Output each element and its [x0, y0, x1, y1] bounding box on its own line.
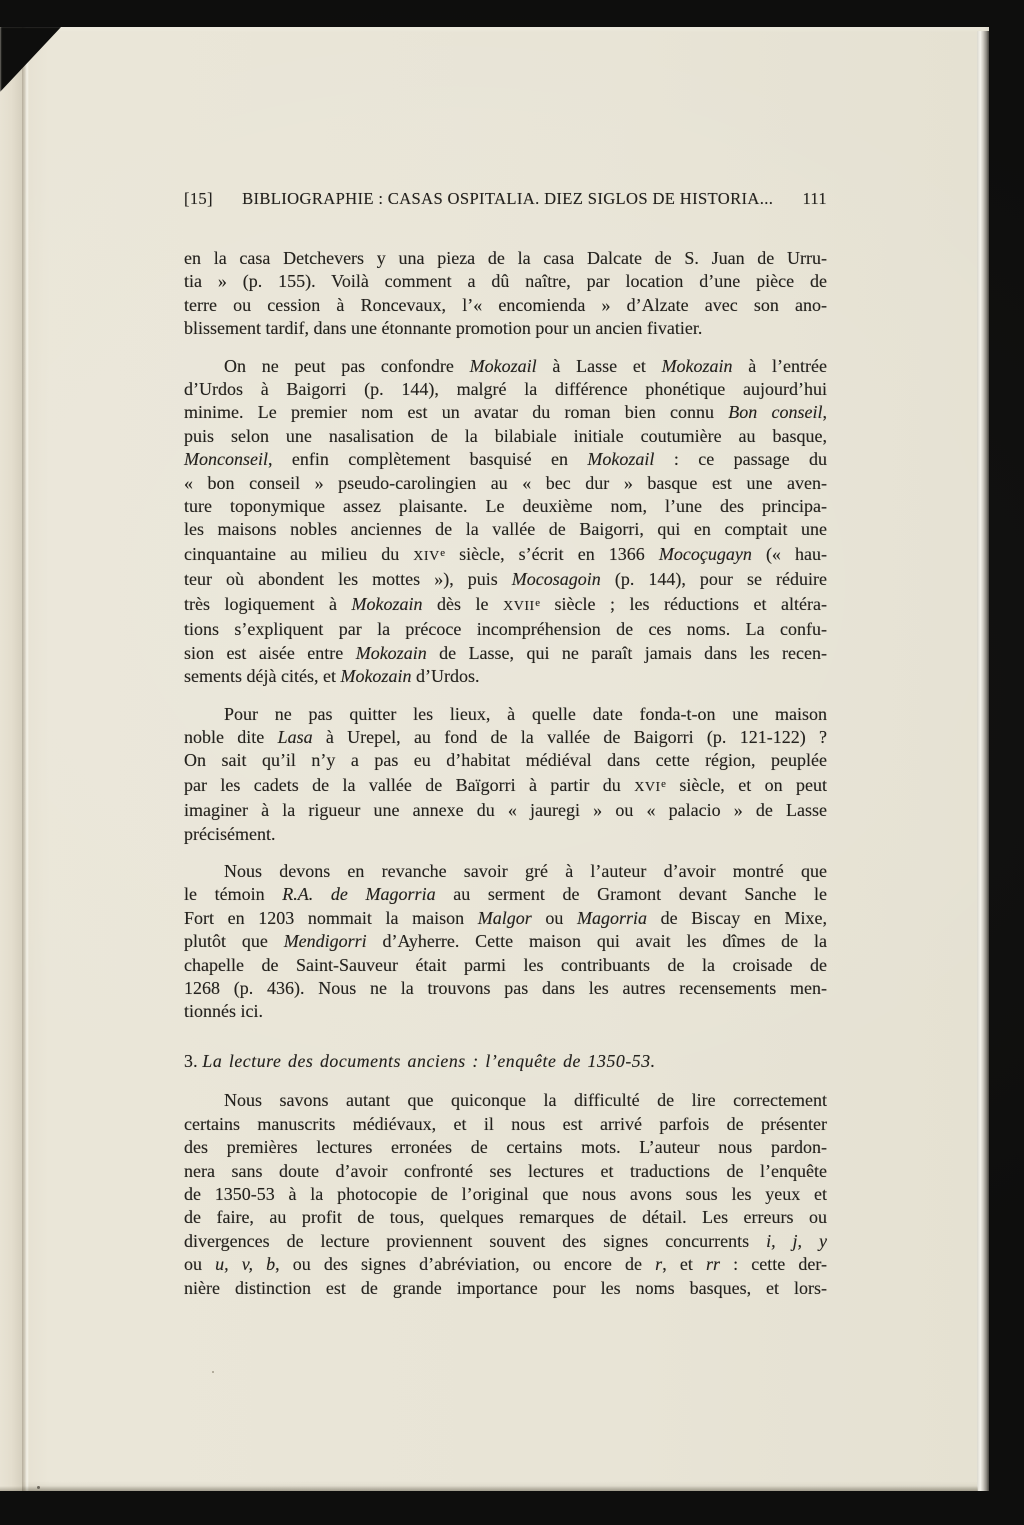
text-line: sion est aisée entre Mokozain de Lasse, … [184, 642, 827, 665]
gutter-crease [22, 27, 29, 1491]
text-line: tia » (p. 155). Voilà comment a dû naîtr… [184, 270, 827, 293]
text-line: nera sans doute d’avoir confronté ses le… [184, 1160, 827, 1183]
text-line: de 1350-53 à la photocopie de l’original… [184, 1183, 827, 1206]
text-line: tionnés ici. [184, 1000, 827, 1023]
text-line: Fort en 1203 nommait la maison Malgor ou… [184, 907, 827, 930]
text-line: divergences de lecture proviennent souve… [184, 1230, 827, 1253]
text-line: précisément. [184, 823, 827, 846]
text-line: blissement tardif, dans une étonnante pr… [184, 317, 827, 340]
text-line: minime. Le premier nom est un avatar du … [184, 401, 827, 424]
text-column: [15] BIBLIOGRAPHIE : CASAS OSPITALIA. DI… [184, 187, 827, 1300]
page-edge-bottom [0, 1486, 978, 1491]
page-number: 111 [802, 187, 827, 210]
text-line: en la casa Detchevers y una pieza de la … [184, 247, 827, 270]
text-line: nière distinction est de grande importan… [184, 1277, 827, 1300]
running-head: [15] BIBLIOGRAPHIE : CASAS OSPITALIA. DI… [184, 187, 827, 210]
text-line: d’Urdos à Baigorri (p. 144), malgré la d… [184, 378, 827, 401]
text-line: terre ou cession à Roncevaux, l’« encomi… [184, 294, 827, 317]
text-line: ou u, v, b, ou des signes d’abréviation,… [184, 1253, 827, 1276]
text-line: puis selon une nasalisation de la bilabi… [184, 425, 827, 448]
text-line: par les cadets de la vallée de Baïgorri … [184, 773, 827, 800]
text-line: sements déjà cités, et Mokozain d’Urdos. [184, 665, 827, 688]
text-line: Nous savons autant que quiconque la diff… [184, 1089, 827, 1112]
text-line: très logiquement à Mokozain dès le XVIIe… [184, 592, 827, 619]
text-line: Monconseil, enfin complètement basquisé … [184, 448, 827, 471]
paragraph: On ne peut pas confondre Mokozail à Lass… [184, 355, 827, 689]
text-line: les maisons nobles anciennes de la vallé… [184, 518, 827, 541]
text-line: certains manuscrits médiévaux, et il nou… [184, 1113, 827, 1136]
paragraph: Nous savons autant que quiconque la diff… [184, 1089, 827, 1300]
body-text: en la casa Detchevers y una pieza de la … [184, 247, 827, 1300]
text-line: « bon conseil » pseudo-carolingien au « … [184, 472, 827, 495]
text-line: de faire, au profit de tous, quelques re… [184, 1206, 827, 1229]
scanner-background: [15] BIBLIOGRAPHIE : CASAS OSPITALIA. DI… [0, 0, 1024, 1525]
text-line: imaginer à la rigueur une annexe du « ja… [184, 799, 827, 822]
text-line: cinquantaine au milieu du XIVe siècle, s… [184, 542, 827, 569]
page-fold-left [0, 27, 22, 1491]
text-line: teur où abondent les mottes »), puis Moc… [184, 568, 827, 591]
text-line: plutôt que Mendigorri d’Ayherre. Cette m… [184, 930, 827, 953]
text-line: 1268 (p. 436). Nous ne la trouvons pas d… [184, 977, 827, 1000]
text-line: Nous devons en revanche savoir gré à l’a… [184, 860, 827, 883]
text-line: des premières lectures erronées de certa… [184, 1136, 827, 1159]
text-line: le témoin R.A. de Magorria au serment de… [184, 883, 827, 906]
section-heading: 3. La lecture des documents anciens : l’… [184, 1050, 827, 1073]
text-line: tions s’expliquent par la précoce incomp… [184, 618, 827, 641]
text-line: chapelle de Saint-Sauveur était parmi le… [184, 954, 827, 977]
page-corner-shadow [0, 26, 62, 92]
page-edges-right [977, 31, 989, 1491]
text-line: On sait qu’il n’y a pas eu d’habitat méd… [184, 749, 827, 772]
paragraph: Pour ne pas quitter les lieux, à quelle … [184, 703, 827, 847]
margin-reference: [15] [184, 187, 213, 210]
text-line: ture toponymique assez plaisante. Le deu… [184, 495, 827, 518]
text-line: On ne peut pas confondre Mokozail à Lass… [184, 355, 827, 378]
paragraph: Nous devons en revanche savoir gré à l’a… [184, 860, 827, 1024]
scan-speck [212, 1371, 214, 1373]
scan-speck [37, 1486, 40, 1489]
running-title: BIBLIOGRAPHIE : CASAS OSPITALIA. DIEZ SI… [242, 187, 773, 210]
text-line: noble dite Lasa à Urepel, au fond de la … [184, 726, 827, 749]
paragraph: en la casa Detchevers y una pieza de la … [184, 247, 827, 341]
text-line: Pour ne pas quitter les lieux, à quelle … [184, 703, 827, 726]
